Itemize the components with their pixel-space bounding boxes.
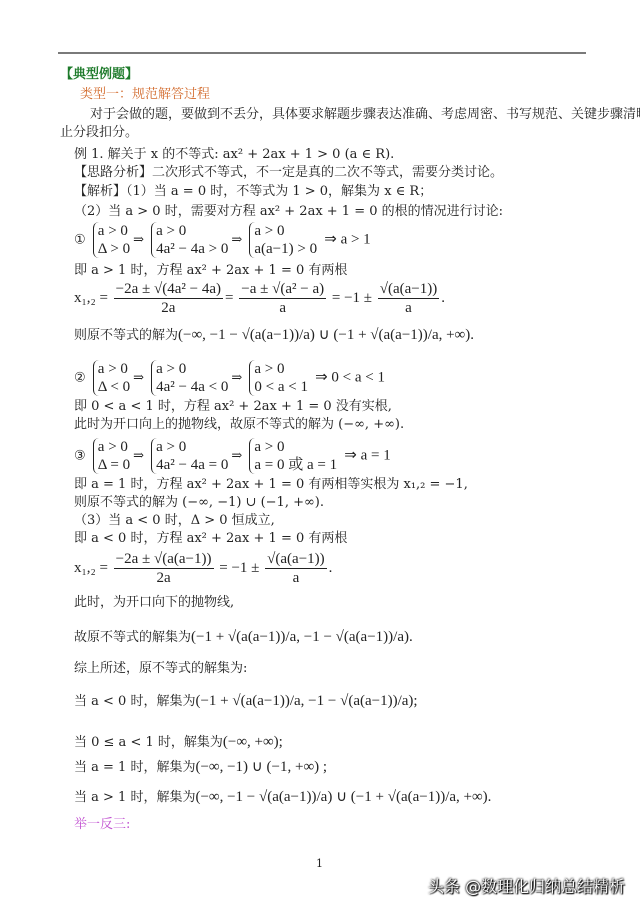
sub1-roots: x₁,₂ = −2a ± √(4a² − 4a)2a= −a ± √(a² − … bbox=[74, 280, 445, 317]
sub3-marker: ③ bbox=[74, 449, 86, 464]
analysis-line: 【思路分析】二次形式不等式，不一定是真的二次不等式，需要分类讨论。 bbox=[74, 164, 503, 182]
sub1-text1: 即 a > 1 时，方程 ax² + 2ax + 1 = 0 有两根 bbox=[74, 262, 347, 280]
watermark: 头条 @数理化归纳总结精析 bbox=[428, 874, 625, 897]
practice-label: 举一反三: bbox=[74, 816, 130, 834]
sub1-system-row: ① a > 0Δ > 0⇒ a > 04a² − 4a > 0⇒ a > 0a(… bbox=[74, 222, 371, 258]
sub3-system-2: a > 04a² − 4a = 0 bbox=[151, 438, 228, 474]
case2-text: （2）当 a > 0 时，需要对方程 ax² + 2ax + 1 = 0 的根的… bbox=[74, 203, 503, 221]
sub3-system-row: ③ a > 0Δ = 0⇒ a > 04a² − 4a = 0⇒ a > 0a … bbox=[74, 438, 391, 474]
sub2-system-2: a > 04a² − 4a < 0 bbox=[151, 360, 228, 396]
summary-item: 当 a = 1 时，解集为(−∞, −1) ∪ (−1, +∞) ; bbox=[74, 758, 327, 777]
intro-line-1: 对于会做的题，要做到不丢分，具体要求解题步骤表达准确、考虑周密、书写规范、关键步… bbox=[90, 106, 640, 124]
sub3-result: ⇒ a = 1 bbox=[344, 448, 390, 464]
sub2-system-3: a > 00 < a < 1 bbox=[249, 360, 308, 396]
sub1-solution: 则原不等式的解为(−∞, −1 − √(a(a−1))/a) ∪ (−1 + √… bbox=[74, 326, 474, 345]
summary-title: 综上所述，原不等式的解集为: bbox=[74, 660, 247, 678]
case3-text3: 此时，为开口向下的抛物线, bbox=[74, 594, 234, 612]
sub3-system-3: a > 0a = 0 或 a = 1 bbox=[249, 438, 337, 474]
sub1-marker: ① bbox=[74, 233, 86, 248]
summary-item: 当 a > 1 时，解集为(−∞, −1 − √(a(a−1))/a) ∪ (−… bbox=[74, 788, 491, 807]
summary-item: 当 0 ≤ a < 1 时，解集为(−∞, +∞); bbox=[74, 733, 283, 752]
analysis-label: 【思路分析】 bbox=[74, 165, 152, 180]
sub1-system-2: a > 04a² − 4a > 0 bbox=[151, 222, 228, 258]
sub2-system-row: ② a > 0Δ < 0⇒ a > 04a² − 4a < 0⇒ a > 00 … bbox=[74, 360, 385, 396]
sub3-text2: 则原不等式的解为 (−∞, −1) ∪ (−1, +∞). bbox=[74, 494, 324, 512]
type1-title: 类型一：规范解答过程 bbox=[80, 86, 210, 104]
sub2-text1: 即 0 < a < 1 时，方程 ax² + 2ax + 1 = 0 没有实根, bbox=[74, 398, 392, 416]
sub1-system-1: a > 0Δ > 0 bbox=[93, 222, 130, 258]
sub3-system-1: a > 0Δ = 0 bbox=[93, 438, 130, 474]
case3-roots: x₁,₂ = −2a ± √(a(a−1))2a = −1 ± √(a(a−1)… bbox=[74, 550, 332, 587]
summary-item: 当 a < 0 时，解集为(−1 + √(a(a−1))/a, −1 − √(a… bbox=[74, 692, 418, 711]
example-problem: 例 1. 解关于 x 的不等式: ax² + 2ax + 1 > 0 (a ∈ … bbox=[74, 146, 394, 164]
section-title: 【典型例题】 bbox=[60, 66, 138, 84]
sub1-system-3: a > 0a(a−1) > 0 bbox=[249, 222, 317, 258]
analysis-text: 二次形式不等式，不一定是真的二次不等式，需要分类讨论。 bbox=[152, 165, 503, 180]
sub2-result: ⇒ 0 < a < 1 bbox=[315, 370, 385, 386]
case3-text1: （3）当 a < 0 时，Δ > 0 恒成立, bbox=[74, 512, 275, 530]
sub3-text1: 即 a = 1 时，方程 ax² + 2ax + 1 = 0 有两相等实根为 x… bbox=[74, 476, 468, 494]
sub2-marker: ② bbox=[74, 371, 86, 386]
solution-label: 【解析】 bbox=[74, 184, 126, 199]
header-rule bbox=[58, 52, 586, 54]
sub2-system-1: a > 0Δ < 0 bbox=[93, 360, 130, 396]
case1-text: （1）当 a = 0 时，不等式为 1 > 0，解集为 x ∈ R； bbox=[126, 184, 432, 199]
page-number: 1 bbox=[316, 857, 323, 870]
solution-case1: 【解析】（1）当 a = 0 时，不等式为 1 > 0，解集为 x ∈ R； bbox=[74, 183, 432, 201]
case3-solution: 故原不等式的解集为(−1 + √(a(a−1))/a, −1 − √(a(a−1… bbox=[74, 628, 413, 647]
sub1-result: ⇒ a > 1 bbox=[324, 232, 370, 248]
intro-line-2: 止分段扣分。 bbox=[60, 124, 138, 142]
sub2-text2: 此时为开口向上的抛物线，故原不等式的解为 (−∞, +∞). bbox=[74, 416, 404, 434]
case3-text2: 即 a < 0 时，方程 ax² + 2ax + 1 = 0 有两根 bbox=[74, 530, 347, 548]
